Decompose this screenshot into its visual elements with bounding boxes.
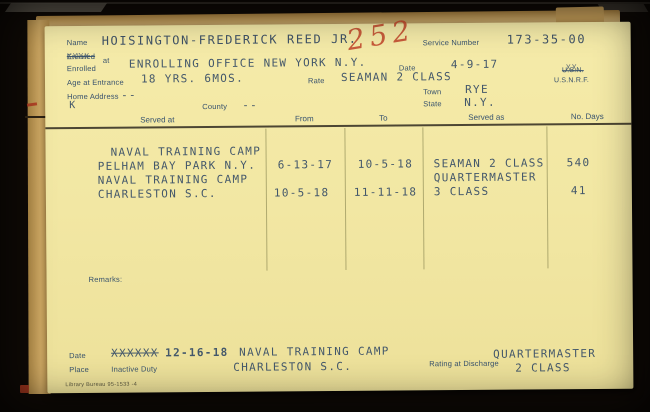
name-label: Name bbox=[67, 39, 88, 47]
town-label: Town bbox=[423, 88, 441, 96]
discharge-date-value: 12-16-18 bbox=[165, 347, 228, 360]
cell-served-as: SEAMAN 2 CLASS bbox=[434, 157, 545, 171]
cell-from: 6-13-17 bbox=[278, 159, 334, 172]
rate-value: SEAMAN 2 CLASS bbox=[341, 71, 452, 85]
enroll-date-value: 4-9-17 bbox=[451, 59, 499, 72]
rating-value-line1: QUARTERMASTER bbox=[493, 348, 596, 361]
usnrf-label: U.S.N.R.F. bbox=[554, 77, 589, 85]
town-value: RYE bbox=[465, 84, 489, 97]
col-header-served-as: Served as bbox=[468, 113, 504, 122]
home-address-value: -- bbox=[121, 90, 137, 103]
col-header-to: To bbox=[379, 114, 388, 123]
place-value: CHARLESTON S.C. bbox=[233, 361, 352, 375]
cell-from: 10-5-18 bbox=[274, 187, 330, 200]
service-number-label: Service Number bbox=[423, 39, 480, 48]
enlisted-strike-overlay: XXXX bbox=[67, 52, 90, 61]
cell-served-at: PELHAM BAY PARK N.Y. bbox=[98, 160, 257, 174]
cell-served-as: 3 CLASS bbox=[434, 186, 490, 199]
name-value: HOISINGTON-FREDERICK REED JR. bbox=[102, 33, 358, 49]
place-status-label: Inactive Duty bbox=[111, 365, 157, 374]
cell-served-at: CHARLESTON S.C. bbox=[98, 188, 217, 202]
sleeve-glare-top-left bbox=[5, 3, 107, 12]
enrolled-at-value: ENROLLING OFFICE NEW YORK N.Y. bbox=[129, 57, 367, 72]
remarks-label: Remarks: bbox=[89, 276, 123, 285]
cell-days: 540 bbox=[567, 157, 591, 170]
col-header-served-at: Served at bbox=[140, 115, 174, 124]
discharge-date-strike: XXXXXX bbox=[111, 347, 159, 360]
rating-at-discharge-label: Rating at Discharge bbox=[429, 360, 499, 369]
enrolled-label: Enrolled bbox=[67, 65, 96, 73]
rating-value-line2: 2 CLASS bbox=[515, 362, 571, 375]
discharge-date-label: Date bbox=[69, 352, 86, 360]
cell-to: 10-5-18 bbox=[358, 158, 414, 171]
discharge-location-value: NAVAL TRAINING CAMP bbox=[239, 346, 390, 360]
usn-strike-overlay: XX bbox=[566, 63, 578, 72]
table-column-divider bbox=[344, 128, 346, 270]
state-value: N.Y. bbox=[464, 97, 496, 110]
table-column-divider bbox=[265, 129, 267, 271]
cell-to: 11-11-18 bbox=[354, 186, 417, 199]
table-header-rule bbox=[45, 123, 631, 130]
cell-days: 41 bbox=[571, 185, 587, 198]
col-header-from: From bbox=[295, 114, 314, 123]
county-label: County bbox=[202, 103, 227, 111]
margin-mark: K bbox=[69, 100, 76, 112]
table-column-divider bbox=[546, 126, 548, 268]
service-number-value: 173-35-00 bbox=[507, 33, 587, 47]
at-label: at bbox=[103, 57, 110, 65]
service-record-card: Name HOISINGTON-FREDERICK REED JR. 252 S… bbox=[45, 22, 634, 394]
cell-served-as: QUARTERMASTER bbox=[434, 171, 537, 184]
red-pencil-mark-bottom bbox=[20, 385, 29, 393]
county-value: -- bbox=[242, 100, 258, 113]
form-number: Library Bureau 95-1533 -4 bbox=[65, 382, 137, 389]
place-label: Place bbox=[69, 366, 89, 374]
state-label: State bbox=[423, 100, 442, 108]
rate-label: Rate bbox=[308, 77, 325, 85]
photographed-record-card-scene: Name HOISINGTON-FREDERICK REED JR. 252 S… bbox=[0, 0, 650, 412]
age-at-entrance-label: Age at Entrance bbox=[67, 79, 124, 88]
table-column-divider bbox=[422, 127, 424, 269]
col-header-no-days: No. Days bbox=[571, 112, 604, 121]
age-value: 18 YRS. 6MOS. bbox=[141, 73, 244, 86]
cell-served-at: NAVAL TRAINING CAMP bbox=[111, 146, 262, 160]
cell-served-at: NAVAL TRAINING CAMP bbox=[98, 174, 249, 188]
